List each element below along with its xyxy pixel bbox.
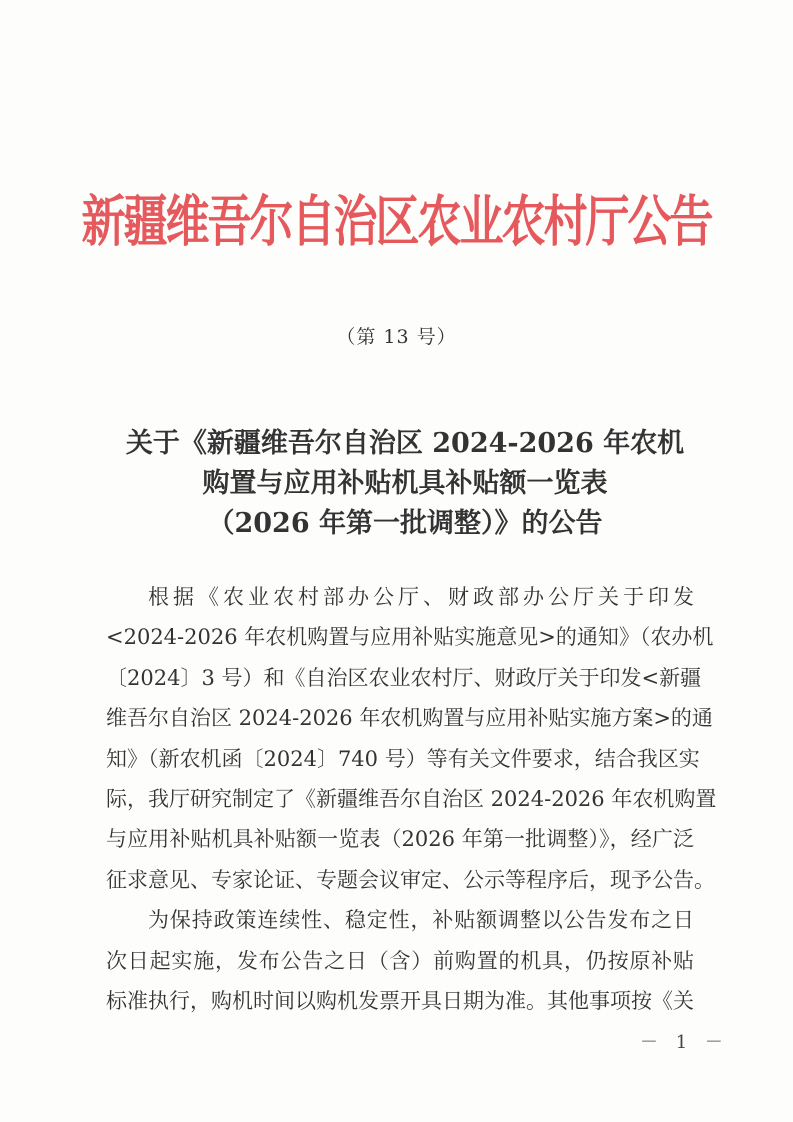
document-body: 根据《农业农村部办公厅、财政部办公厅关于印发 <2024-2026 年农机购置与… xyxy=(106,577,694,1021)
body-line: 为保持政策连续性、稳定性，补贴额调整以公告发布之日 xyxy=(106,900,694,940)
body-line: 际，我厅研究制定了《新疆维吾尔自治区 2024-2026 年农机购置 xyxy=(106,779,694,819)
body-line: 次日起实施，发布公告之日（含）前购置的机具，仍按原补贴 xyxy=(106,941,694,981)
document-title: 关于《新疆维吾尔自治区 2024-2026 年农机 购置与应用补贴机具补贴额一览… xyxy=(110,424,700,544)
paragraph-1: 根据《农业农村部办公厅、财政部办公厅关于印发 <2024-2026 年农机购置与… xyxy=(106,577,694,900)
body-line: <2024-2026 年农机购置与应用补贴实施意见>的通知》（农办机 xyxy=(106,617,694,657)
body-line: 维吾尔自治区 2024-2026 年农机购置与应用补贴实施方案>的通 xyxy=(106,698,694,738)
paragraph-2: 为保持政策连续性、稳定性，补贴额调整以公告发布之日 次日起实施，发布公告之日（含… xyxy=(106,900,694,1021)
title-line: 购置与应用补贴机具补贴额一览表 xyxy=(110,464,700,504)
masthead-title: 新疆维吾尔自治区农业农村厅公告 xyxy=(0,178,793,268)
title-line: 关于《新疆维吾尔自治区 2024-2026 年农机 xyxy=(110,424,700,464)
body-line: 与应用补贴机具补贴额一览表（2026 年第一批调整）》，经广泛 xyxy=(106,819,694,859)
body-line: 征求意见、专家论证、专题会议审定、公示等程序后，现予公告。 xyxy=(106,860,694,900)
document-page: 新疆维吾尔自治区农业农村厅公告 （第 13 号） 关于《新疆维吾尔自治区 202… xyxy=(0,0,793,1122)
body-line: 知》（新农机函〔2024〕740 号）等有关文件要求，结合我区实 xyxy=(106,739,694,779)
body-line: 〔2024〕3 号）和《自治区农业农村厅、财政厅关于印发<新疆 xyxy=(106,658,694,698)
announcement-number: （第 13 号） xyxy=(0,322,793,349)
body-line: 标准执行，购机时间以购机发票开具日期为准。其他事项按《关 xyxy=(106,981,694,1021)
title-line: （2026 年第一批调整）》的公告 xyxy=(110,504,700,544)
page-number: － 1 － xyxy=(640,1028,729,1054)
body-line: 根据《农业农村部办公厅、财政部办公厅关于印发 xyxy=(106,577,694,617)
